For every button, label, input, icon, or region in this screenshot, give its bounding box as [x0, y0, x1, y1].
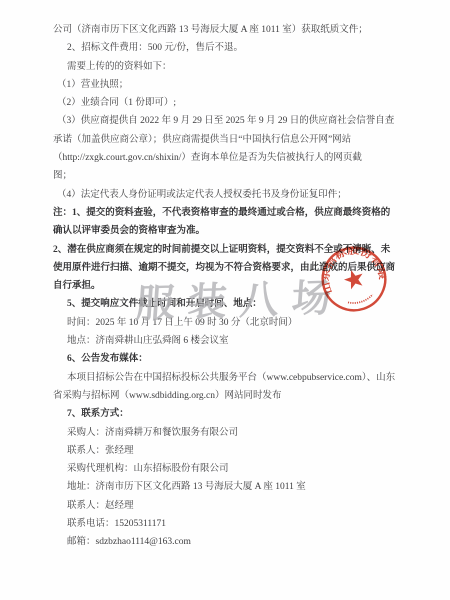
text-line: 采购人：济南舜耕万和餐饮服务有限公司	[67, 424, 413, 442]
text-line: 承诺（加盖供应商公章）；供应商需提供当日“中国执行信息公开网”网站	[53, 131, 413, 149]
text-line: 7、联系方式：	[67, 405, 413, 423]
seal-code-marks	[348, 294, 374, 305]
text-line: 联系人：张经理	[67, 442, 413, 460]
text-line: （3）供应商提供自 2022 年 9 月 29 日至 2025 年 9 月 29…	[57, 112, 413, 130]
text-line: （2）业绩合同（1 份即可）;	[57, 94, 413, 112]
text-line: 联系人：赵经理	[67, 497, 413, 515]
text-line: 6、公告发布媒体：	[67, 350, 413, 368]
text-line: 公司（济南市历下区文化西路 13 号海辰大厦 A 座 1011 室）获取纸质文件…	[53, 21, 413, 39]
text-line: 省采购与招标网（www.sdbidding.org.cn）网站同时发布	[53, 387, 413, 405]
text-line: （1）营业执照；	[57, 76, 413, 94]
text-line: 地址：济南市历下区文化西路 13 号海辰大厦 A 座 1011 室	[67, 478, 413, 496]
text-line: 邮箱：sdzbzhao1114@163.com	[67, 533, 413, 551]
text-line: 联系电话：15205311171	[67, 515, 413, 533]
text-line: 本项目招标公告在中国招标投标公共服务平台（www.cebpubservice.c…	[67, 369, 413, 387]
text-line: （4）法定代表人身份证明或法定代表人授权委托书及身份证复印件；	[57, 186, 413, 204]
text-line: 需要上传的的资料如下：	[67, 58, 413, 76]
document-page: 公司（济南市历下区文化西路 13 号海辰大厦 A 座 1011 室）获取纸质文件…	[0, 0, 450, 600]
text-line: 采购代理机构：山东招标股份有限公司	[67, 460, 413, 478]
star-icon	[342, 267, 366, 291]
text-line: 注：1、提交的资料查验，不代表资格审查的最终通过或合格，供应商最终资格的	[53, 204, 413, 222]
text-line: 确认以评审委员会的资格审查为准。	[53, 222, 413, 240]
text-line: 时间：2025 年 10 月 17 日上午 09 时 30 分（北京时间）	[67, 314, 413, 332]
text-line: 地点：济南舜耕山庄弘舜阁 6 楼会议室	[67, 332, 413, 350]
text-line: 2、招标文件费用：500 元/份，售后不退。	[67, 39, 413, 57]
text-line: （http://zxgk.court.gov.cn/shixin/）查询本单位是…	[53, 149, 413, 167]
text-line: 图；	[53, 167, 413, 185]
